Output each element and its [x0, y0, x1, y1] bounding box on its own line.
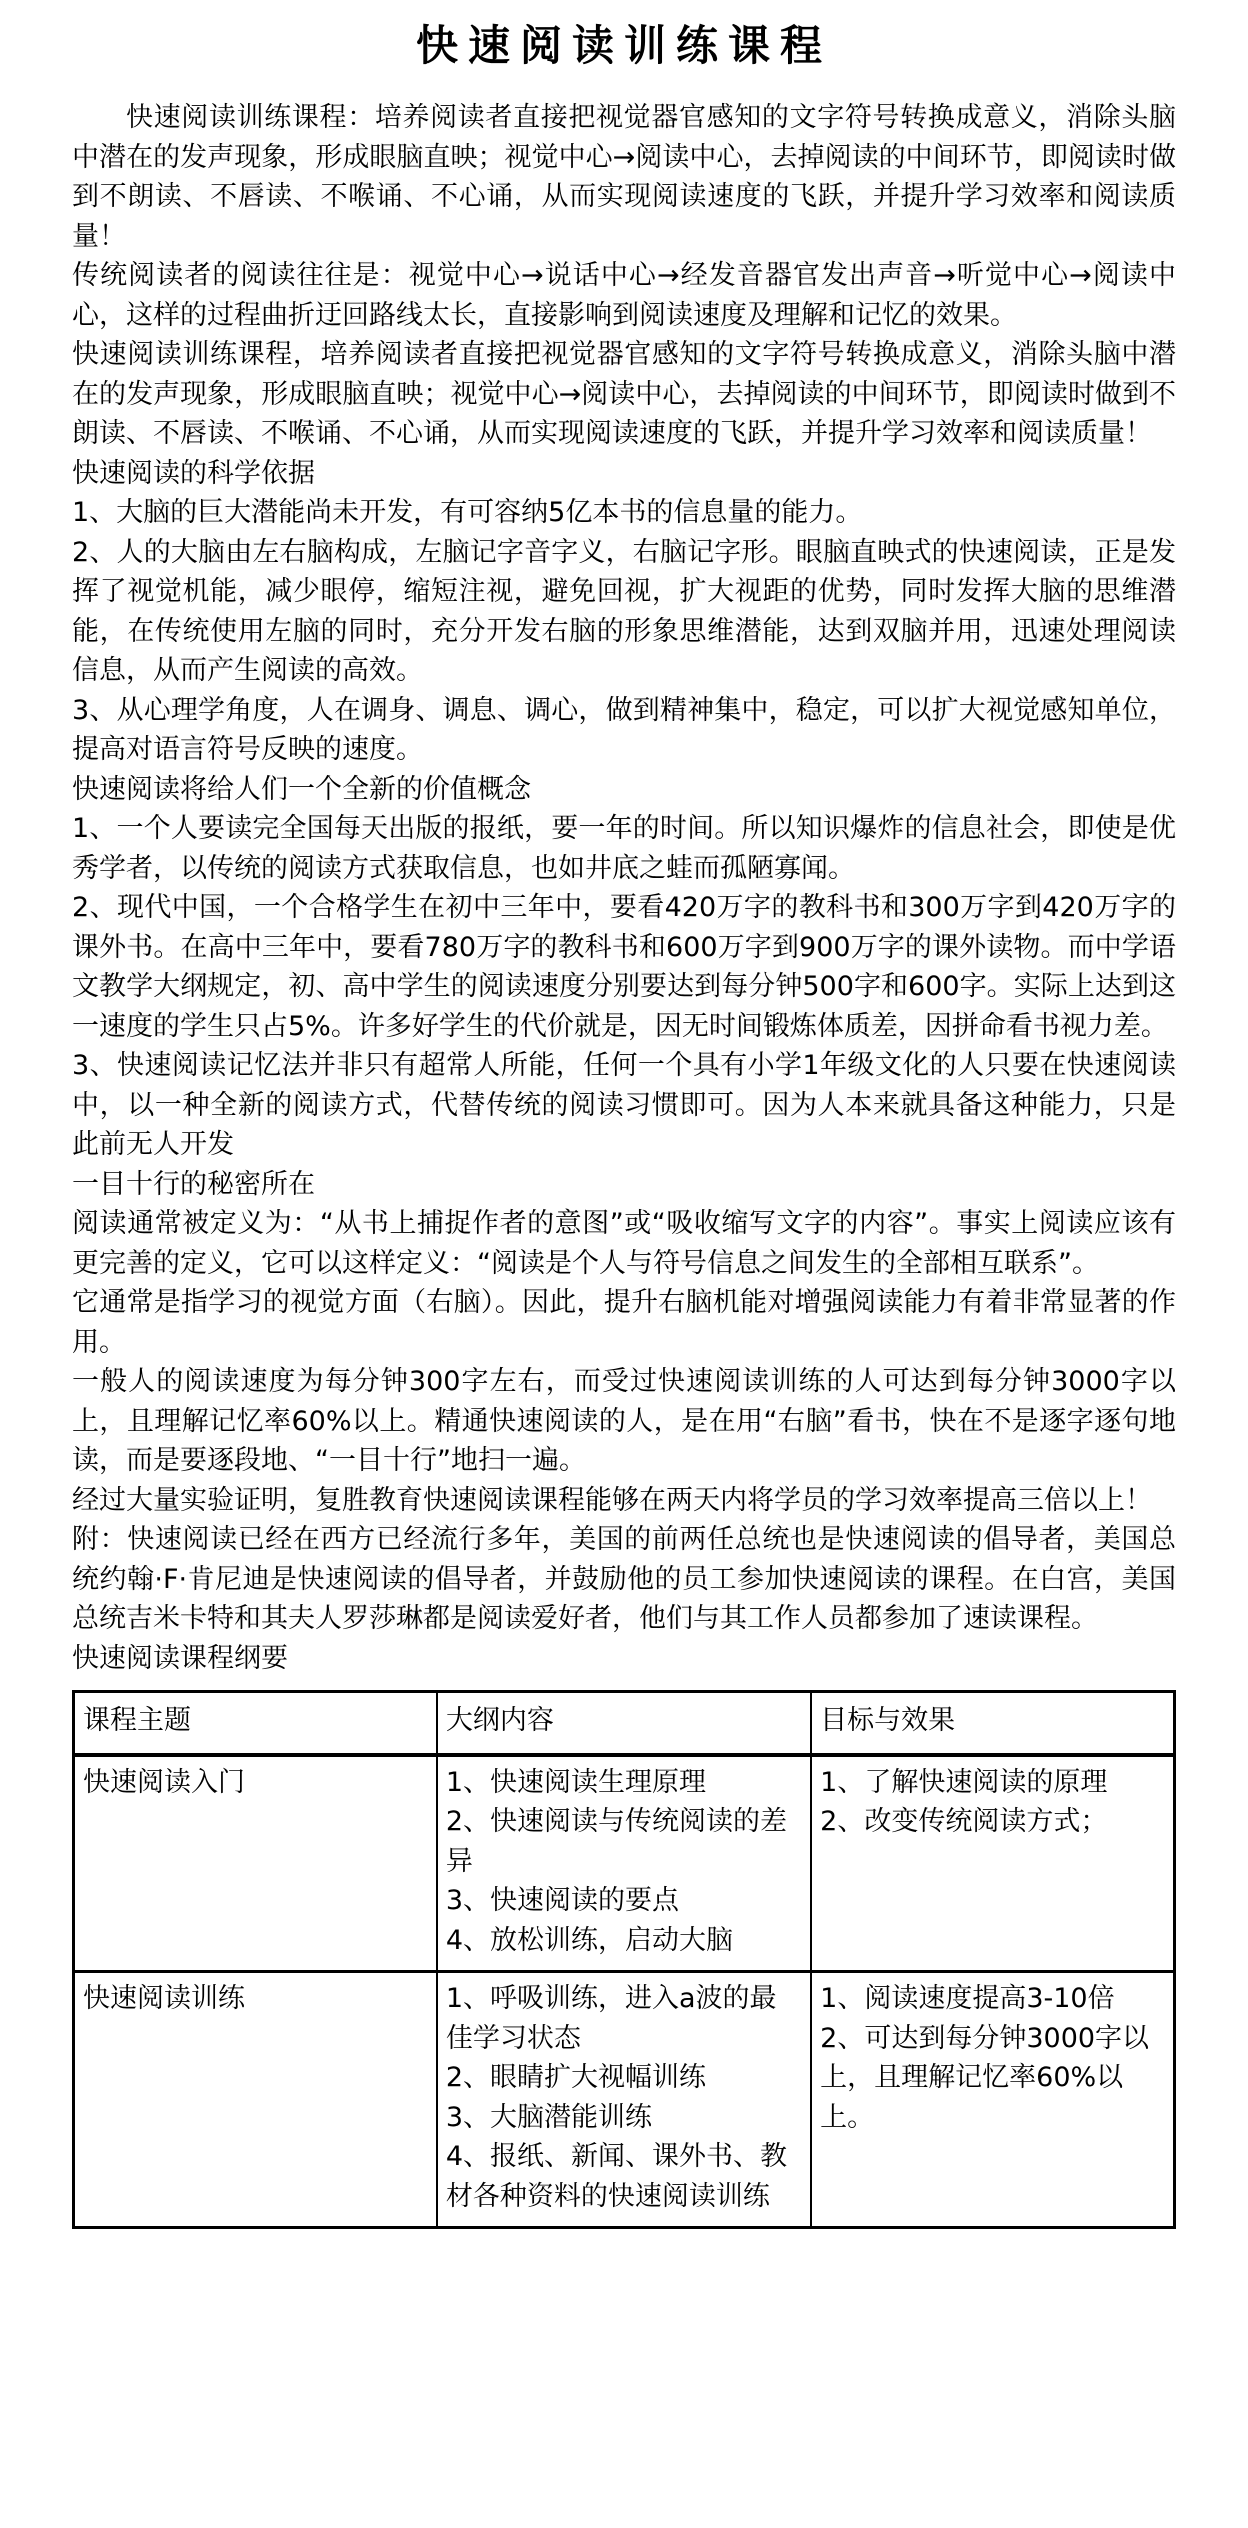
table-row-training-course: 快速阅读训练 1、呼吸训练，进入a波的最佳学习状态 2、眼睛扩大视幅训练 3、大… [74, 1972, 1175, 2228]
paragraph-value-item-3: 3、快速阅读记忆法并非只有超常人所能，任何一个具有小学1年级文化的人只要在快速阅… [72, 1046, 1176, 1165]
paragraph-right-brain: 它通常是指学习的视觉方面（右脑）。因此，提升右脑机能对增强阅读能力有着非常显著的… [72, 1283, 1176, 1362]
paragraph-basis-item-1: 1、大脑的巨大潜能尚未开发，有可容纳5亿本书的信息量的能力。 [72, 493, 1176, 533]
paragraph-value-item-1: 1、一个人要读完全国每天出版的报纸，要一年的时间。所以知识爆炸的信息社会，即使是… [72, 809, 1176, 888]
table-cell-goals: 1、了解快速阅读的原理 2、改变传统阅读方式； [811, 1755, 1174, 1972]
paragraph-intro: 快速阅读训练课程：培养阅读者直接把视觉器官感知的文字符号转换成意义，消除头脑中潜… [72, 98, 1176, 256]
document-page: 快速阅读训练课程 快速阅读训练课程：培养阅读者直接把视觉器官感知的文字符号转换成… [0, 0, 1248, 2528]
document-title: 快速阅读训练课程 [72, 20, 1176, 72]
paragraph-reading-definition: 阅读通常被定义为：“从书上捕捉作者的意图”或“吸收缩写文字的内容”。事实上阅读应… [72, 1204, 1176, 1283]
goal-item: 2、改变传统阅读方式； [820, 1802, 1165, 1842]
outline-item: 1、快速阅读生理原理 [446, 1763, 802, 1803]
paragraph-basis-item-2: 2、人的大脑由左右脑构成，左脑记字音字义，右脑记字形。眼脑直映式的快速阅读，正是… [72, 533, 1176, 691]
table-cell-topic: 快速阅读训练 [74, 1972, 437, 2228]
paragraph-reading-speed: 一般人的阅读速度为每分钟300字左右，而受过快速阅读训练的人可达到每分钟3000… [72, 1362, 1176, 1481]
table-row-intro-course: 快速阅读入门 1、快速阅读生理原理 2、快速阅读与传统阅读的差异 3、快速阅读的… [74, 1755, 1175, 1972]
paragraph-course-description: 快速阅读训练课程，培养阅读者直接把视觉器官感知的文字符号转换成意义，消除头脑中潜… [72, 335, 1176, 454]
table-cell-outline: 1、快速阅读生理原理 2、快速阅读与传统阅读的差异 3、快速阅读的要点 4、放松… [437, 1755, 811, 1972]
goal-item: 2、可达到每分钟3000字以上，且理解记忆率60%以上。 [820, 2019, 1165, 2138]
outline-item: 3、大脑潜能训练 [446, 2098, 802, 2138]
section-heading-course-outline: 快速阅读课程纲要 [72, 1639, 1176, 1679]
table-header-row: 课程主题 大纲内容 目标与效果 [74, 1692, 1175, 1755]
goal-item: 1、阅读速度提高3-10倍 [820, 1979, 1165, 2019]
outline-item: 2、快速阅读与传统阅读的差异 [446, 1802, 802, 1881]
outline-item: 1、呼吸训练，进入a波的最佳学习状态 [446, 1979, 802, 2058]
section-heading-secret: 一目十行的秘密所在 [72, 1165, 1176, 1205]
table-header-goals: 目标与效果 [811, 1692, 1174, 1755]
table-header-outline: 大纲内容 [437, 1692, 811, 1755]
outline-item: 4、放松训练，启动大脑 [446, 1921, 802, 1961]
paragraph-basis-item-3: 3、从心理学角度，人在调身、调息、调心，做到精神集中，稳定，可以扩大视觉感知单位… [72, 691, 1176, 770]
table-cell-outline: 1、呼吸训练，进入a波的最佳学习状态 2、眼睛扩大视幅训练 3、大脑潜能训练 4… [437, 1972, 811, 2228]
paragraph-traditional-reading: 传统阅读者的阅读往往是：视觉中心→说话中心→经发音器官发出声音→听觉中心→阅读中… [72, 256, 1176, 335]
paragraph-value-item-2: 2、现代中国，一个合格学生在初中三年中，要看420万字的教科书和300万字到42… [72, 888, 1176, 1046]
section-heading-scientific-basis: 快速阅读的科学依据 [72, 454, 1176, 494]
paragraph-western-appendix: 附：快速阅读已经在西方已经流行多年，美国的前两任总统也是快速阅读的倡导者，美国总… [72, 1520, 1176, 1639]
table-cell-topic: 快速阅读入门 [74, 1755, 437, 1972]
course-outline-table: 课程主题 大纲内容 目标与效果 快速阅读入门 1、快速阅读生理原理 2、快速阅读… [72, 1690, 1176, 2229]
table-header-topic: 课程主题 [74, 1692, 437, 1755]
table-cell-goals: 1、阅读速度提高3-10倍 2、可达到每分钟3000字以上，且理解记忆率60%以… [811, 1972, 1174, 2228]
outline-item: 4、报纸、新闻、课外书、教材各种资料的快速阅读训练 [446, 2137, 802, 2216]
paragraph-experiment-proof: 经过大量实验证明，复胜教育快速阅读课程能够在两天内将学员的学习效率提高三倍以上！ [72, 1481, 1176, 1521]
section-heading-new-value: 快速阅读将给人们一个全新的价值概念 [72, 770, 1176, 810]
outline-item: 3、快速阅读的要点 [446, 1881, 802, 1921]
goal-item: 1、了解快速阅读的原理 [820, 1763, 1165, 1803]
outline-item: 2、眼睛扩大视幅训练 [446, 2058, 802, 2098]
